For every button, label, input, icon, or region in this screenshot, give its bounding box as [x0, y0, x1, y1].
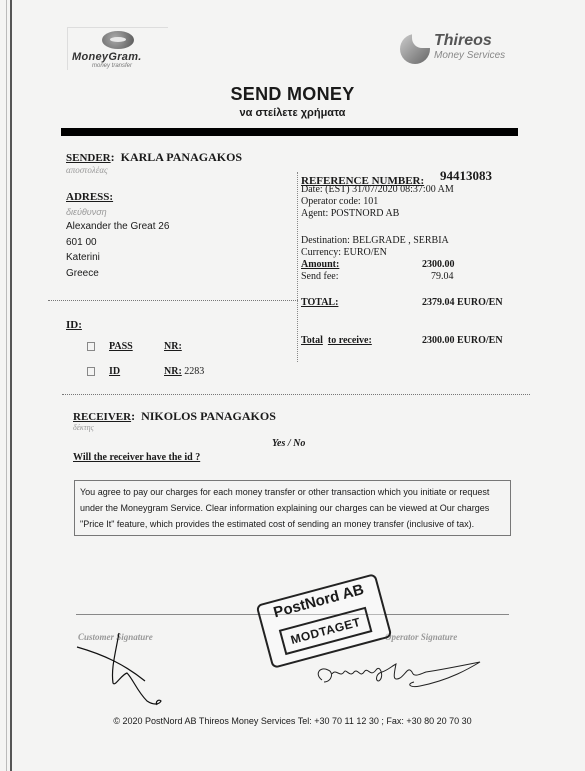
id-nr-value: 2283	[184, 366, 204, 377]
column-divider	[297, 172, 298, 362]
receiver-name: NIKOLOS PANAGAKOS	[141, 409, 276, 423]
pass-checkbox[interactable]	[87, 342, 95, 351]
id-option-id: IDNR: 2283	[87, 366, 204, 377]
id-nr-label: NR:	[164, 366, 182, 377]
thireos-logo-tagline: Money Services	[434, 50, 505, 61]
id-checkbox[interactable]	[87, 367, 95, 376]
amount-label: Amount:	[301, 259, 339, 271]
operator-code: Operator code: 101	[301, 196, 378, 208]
address-line: 601 00	[66, 235, 169, 251]
moneygram-logo-tagline: money transfer	[92, 63, 132, 69]
receiver-greek-label: δέκτης	[73, 423, 94, 432]
send-fee-value: 79.04	[431, 271, 454, 283]
sender-row: SENDER: KARLA PANAGAKOS	[66, 148, 242, 166]
currency: Currency: EURO/EN	[301, 247, 387, 259]
address-line: Alexander the Great 26	[66, 219, 169, 235]
thireos-logo: Thireos Money Services	[398, 32, 518, 66]
customer-signature	[75, 625, 185, 715]
address-label: ADRESS:	[66, 191, 113, 203]
moneygram-logo: MoneyGram. money transfer	[67, 27, 168, 70]
section-separator	[48, 300, 298, 301]
sender-greek-label: αποστολέας	[66, 165, 108, 175]
reference-number: 94413083	[440, 168, 492, 184]
pass-nr-label: NR:	[164, 341, 182, 352]
receiver-id-question: Will the receiver have the id ?	[73, 452, 200, 463]
send-fee-label: Send fee:	[301, 271, 339, 283]
agent: Agent: POSTNORD AB	[301, 208, 399, 220]
page-subtitle: να στείλετε χρήματα	[0, 107, 585, 119]
thireos-mark-icon	[400, 34, 430, 64]
operator-signature-label: Operator Signature	[385, 632, 457, 642]
pass-label: PASS	[109, 341, 164, 352]
amount-value: 2300.00	[422, 259, 455, 271]
sender-label: SENDER	[66, 152, 111, 164]
sender-name: KARLA PANAGAKOS	[121, 150, 242, 164]
id-option-pass: PASSNR:	[87, 341, 182, 352]
address-line: Katerini	[66, 250, 169, 266]
total-to-receive-label: Total to receive:	[301, 335, 372, 347]
transaction-date: Date: (EST) 31/07/2020 08:37:00 AM	[301, 184, 454, 196]
header-divider	[61, 128, 518, 136]
moneygram-logo-name: MoneyGram.	[72, 51, 142, 63]
page-title: SEND MONEY	[0, 84, 585, 105]
terms-box: You agree to pay our charges for each mo…	[74, 480, 511, 536]
yes-no-option[interactable]: Yes / No	[272, 438, 305, 449]
destination: Destination: BELGRADE , SERBIA	[301, 235, 449, 247]
total-label: TOTAL:	[301, 297, 338, 309]
total-value: 2379.04 EURO/EN	[422, 297, 503, 309]
id-type-label: ID	[109, 366, 164, 377]
operator-signature	[310, 652, 510, 697]
total-to-receive-value: 2300.00 EURO/EN	[422, 335, 503, 347]
address-greek-label: διεύθυνση	[66, 207, 107, 217]
receiver-label: RECEIVER	[73, 411, 131, 423]
address-line: Greece	[66, 266, 169, 282]
thireos-logo-name: Thireos	[434, 32, 492, 50]
moneygram-globe-icon	[102, 31, 134, 49]
address-block: Alexander the Great 26 601 00 Katerini G…	[66, 219, 169, 281]
section-separator	[62, 394, 530, 395]
id-label: ID:	[66, 319, 82, 331]
receiver-row: RECEIVER: NIKOLOS PANAGAKOS	[73, 407, 276, 425]
footer-text: © 2020 PostNord AB Thireos Money Service…	[0, 716, 585, 726]
